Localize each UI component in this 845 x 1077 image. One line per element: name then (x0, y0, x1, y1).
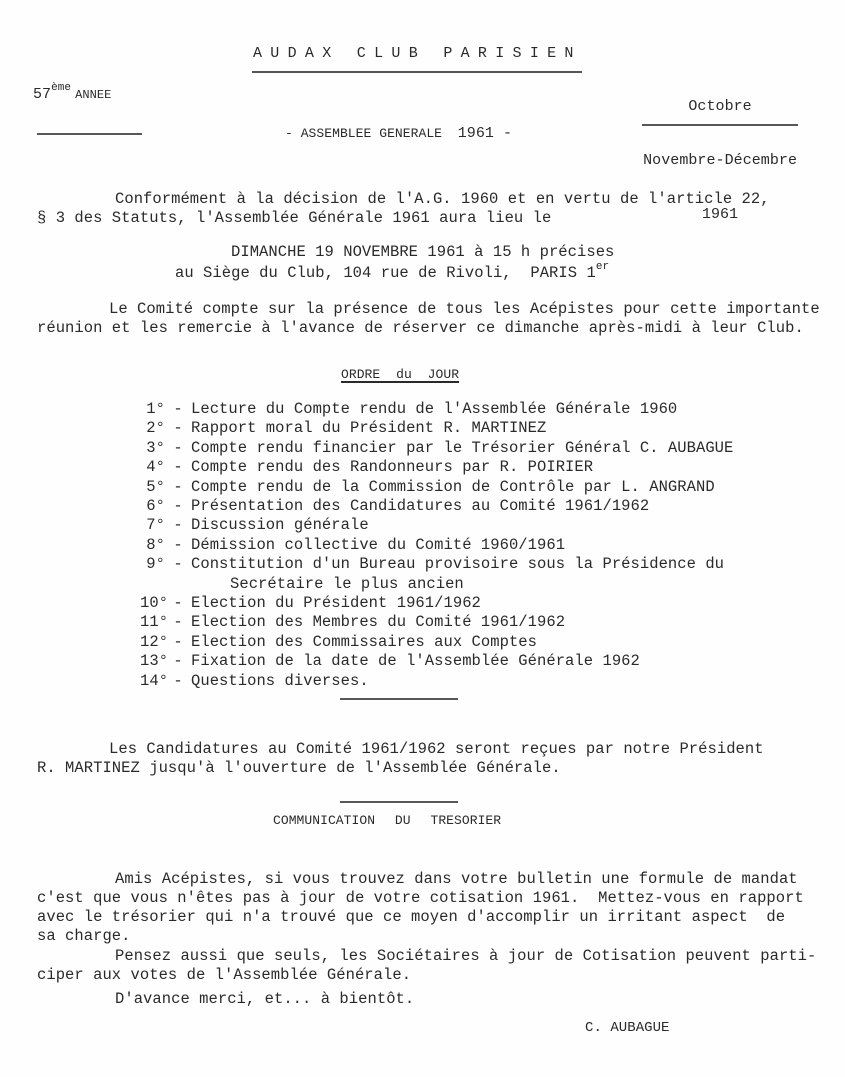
agenda-item: 8°-Démission collective du Comité 1960/1… (140, 536, 733, 555)
agenda-item-number: 2° (140, 419, 165, 438)
agenda-item-number: 8° (140, 536, 165, 555)
agenda-item-number: 14° (140, 672, 165, 691)
agenda-item-text: Compte rendu des Randonneurs par R. POIR… (191, 458, 593, 477)
year-edition: 57èmeANNEE (33, 82, 111, 103)
agenda-item-dash: - (165, 672, 191, 691)
club-name: AUDAX CLUB PARISIEN (253, 45, 582, 62)
agenda-item-continuation: Secrétaire le plus ancien (140, 575, 733, 594)
agenda-item-dash: - (165, 516, 191, 535)
agenda-item: 10°-Election du Président 1961/1962 (140, 594, 733, 613)
agenda-item-number: 10° (140, 594, 165, 613)
agenda-item-number: 3° (140, 439, 165, 458)
agenda-item-text: Discussion générale (191, 516, 369, 535)
agenda-item: 12°-Election des Commissaires aux Compte… (140, 633, 733, 652)
agenda-item: 4°-Compte rendu des Randonneurs par R. P… (140, 458, 733, 477)
committee-note: Le Comité compte sur la présence de tous… (37, 300, 817, 338)
agenda-item-text: Election des Commissaires aux Comptes (191, 633, 537, 652)
issue-period: Octobre Novembre-Décembre 1961 (643, 62, 797, 260)
club-name-underline (252, 71, 582, 73)
treasurer-paragraph-2: Pensez aussi que seuls, les Sociétaires … (37, 947, 817, 985)
agenda-item-number: 13° (140, 652, 165, 671)
meeting-date: DIMANCHE 19 NOVEMBRE 1961 à 15 h précise… (231, 243, 614, 261)
agenda-item-dash: - (165, 400, 191, 419)
agenda-item-number: 9° (140, 555, 165, 574)
treasurer-paragraph-1: Amis Acépistes, si vous trouvez dans vot… (37, 870, 817, 946)
agenda-item-text: Démission collective du Comité 1960/1961 (191, 536, 565, 555)
agenda-item: 5°-Compte rendu de la Commission de Cont… (140, 478, 733, 497)
period-months-2: Novembre-Décembre (643, 152, 797, 170)
agenda-item-dash: - (165, 555, 191, 574)
agenda-item-number: 7° (140, 516, 165, 535)
meeting-place: au Siège du Club, 104 rue de Rivoli, PAR… (175, 261, 609, 282)
meeting-title: - ASSEMBLEE GENERALE 1961 - (285, 125, 512, 142)
agenda-item: 2°-Rapport moral du Président R. MARTINE… (140, 419, 733, 438)
agenda-item-text: Rapport moral du Président R. MARTINEZ (191, 419, 546, 438)
agenda-item-number: 4° (140, 458, 165, 477)
agenda-item-dash: - (165, 439, 191, 458)
agenda-item-number: 11° (140, 613, 165, 632)
agenda-item-number: 1° (140, 400, 165, 419)
agenda-item: 11°-Election des Membres du Comité 1961/… (140, 613, 733, 632)
agenda-item-text: Compte rendu de la Commission de Contrôl… (191, 478, 715, 497)
year-number: 57 (33, 86, 51, 103)
period-underline (642, 124, 798, 126)
agenda-item-text: Election du Président 1961/1962 (191, 594, 481, 613)
agenda-item: 7°-Discussion générale (140, 516, 733, 535)
period-month-1: Octobre (643, 98, 797, 116)
agenda-list: 1°-Lecture du Compte rendu de l'Assemblé… (140, 400, 733, 691)
agenda-item: 3°-Compte rendu financier par le Trésori… (140, 439, 733, 458)
agenda-item-dash: - (165, 458, 191, 477)
agenda-item: 9°-Constitution d'un Bureau provisoire s… (140, 555, 733, 574)
agenda-item: 1°-Lecture du Compte rendu de l'Assemblé… (140, 400, 733, 419)
agenda-item-dash: - (165, 497, 191, 516)
left-rule (37, 133, 142, 135)
treasurer-top-rule (340, 801, 458, 803)
agenda-item-text: Lecture du Compte rendu de l'Assemblée G… (191, 400, 677, 419)
agenda-item-dash: - (165, 536, 191, 555)
intro-paragraph: Conformément à la décision de l'A.G. 196… (37, 190, 817, 228)
year-label: ANNEE (75, 88, 111, 102)
agenda-item-dash: - (165, 633, 191, 652)
meeting-year: 1961 - (458, 125, 512, 142)
agenda-item-number: 6° (140, 497, 165, 516)
agenda-item-number: 5° (140, 478, 165, 497)
agenda-item-dash: - (165, 652, 191, 671)
agenda-item: 14°-Questions diverses. (140, 672, 733, 691)
agenda-item-dash: - (165, 594, 191, 613)
agenda-item: 13°-Fixation de la date de l'Assemblée G… (140, 652, 733, 671)
agenda-item-text: Questions diverses. (191, 672, 369, 691)
agenda-item-text: Présentation des Candidatures au Comité … (191, 497, 649, 516)
agenda-item: 6°-Présentation des Candidatures au Comi… (140, 497, 733, 516)
year-superscript: ème (51, 82, 71, 94)
treasurer-section-title: COMMUNICATION DU TRESORIER (273, 813, 501, 828)
agenda-item-text: Fixation de la date de l'Assemblée Génér… (191, 652, 640, 671)
agenda-item-dash: - (165, 478, 191, 497)
agenda-item-text: Constitution d'un Bureau provisoire sous… (191, 555, 724, 574)
agenda-item-text: Election des Membres du Comité 1961/1962 (191, 613, 565, 632)
agenda-item-number: 12° (140, 633, 165, 652)
agenda-end-rule (340, 698, 458, 700)
signature: C. AUBAGUE (585, 1020, 670, 1036)
agenda-title: ORDRE du JOUR (341, 367, 459, 382)
candidatures-note: Les Candidatures au Comité 1961/1962 ser… (37, 740, 817, 778)
agenda-item-dash: - (165, 419, 191, 438)
agenda-item-text: Compte rendu financier par le Trésorier … (191, 439, 733, 458)
document-page: AUDAX CLUB PARISIEN 57èmeANNEE Octobre N… (0, 0, 845, 1077)
treasurer-closing: D'avance merci, et... à bientôt. (115, 990, 845, 1009)
agenda-item-dash: - (165, 613, 191, 632)
